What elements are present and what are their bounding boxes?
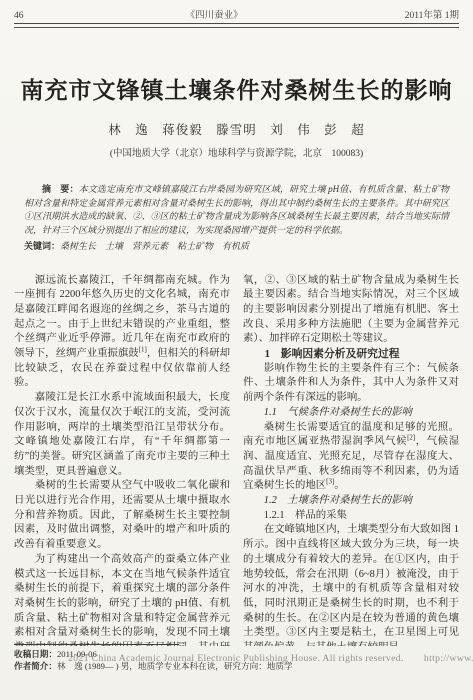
section-heading-1: 1 影响因素分析及研究过程 [243, 347, 459, 362]
paragraph: 氧，②、③区域的粘土矿物含量成为桑树生长最主要因素。结合当地实际情况，对三个区域… [243, 274, 459, 348]
abstract-label: 摘 要： [42, 184, 79, 194]
paragraph: 源远流长嘉陵江，千年绸都南充城。作为一座拥有 2200年悠久历史的文化名城，南充… [14, 274, 230, 392]
abstract-text: 本文选定南充市文峰镇嘉陵江右岸桑园为研究区域，研究土壤 pH值、有机质含量、粘土… [24, 184, 449, 235]
affiliation: (中国地质大学（北京）地球科学与资源学院，北京 100083) [14, 145, 459, 159]
paragraph: 影响作物生长的主要条件有三个：气候条件、土壤条件和人为条件，其中人为条件又对前两… [243, 362, 459, 406]
paragraph: 嘉陵江是长江水系中流域面积最大，长度仅次于汉水，流量仅次于岷江的支流，受河流作用… [14, 391, 230, 479]
journal-name: 《四川蚕业》 [24, 7, 405, 21]
paragraph: 为了构建出一个高效高产的蚕桑立体产业模式这一长远目标，本文在当地气候条件适宜桑树… [14, 553, 230, 646]
page-header: 46 《四川蚕业》 2011年第 1期 [14, 0, 459, 21]
keywords-text: 桑树生长 土壤 营养元素 粘土矿物 有机质 [60, 241, 249, 251]
article-title: 南充市文锋镇土壤条件对桑树生长的影响 [14, 72, 459, 105]
body-columns: 源远流长嘉陵江，千年绸都南充城。作为一座拥有 2200年悠久历史的文化名城，南充… [14, 274, 459, 646]
copyright-watermark: 2021 China Academic Journal Electronic P… [68, 650, 473, 664]
paragraph-text: 。 [334, 480, 344, 491]
column-right: 氧，②、③区域的粘土矿物含量成为桑树生长最主要因素。结合当地实际情况，对三个区域… [243, 274, 459, 646]
citation-ref: [1] [139, 346, 147, 354]
issue-label: 2011年第 1期 [405, 7, 459, 21]
column-left: 源远流长嘉陵江，千年绸都南充城。作为一座拥有 2200年悠久历史的文化名城，南充… [14, 274, 230, 646]
section-heading-1-1: 1.1 气候条件对桑树生长的影响 [243, 406, 459, 421]
paragraph: 桑树生长需要适宜的温度和足够的光照。南充市地区属亚热带湿润季风气候[2]，气候湿… [243, 421, 459, 495]
paragraph: 在文峰镇地区内，土壤类型分布大致如图 1所示。图中直线将区域大致分为三块，每一块… [243, 523, 459, 645]
header-divider [14, 23, 459, 28]
keywords-section: 关键词：桑树生长 土壤 营养元素 粘土矿物 有机质 [24, 240, 449, 254]
section-heading-1-2: 1.2 土壤条件对桑树生长的影响 [243, 494, 459, 509]
section-heading-1-2-1: 1.2.1 样品的采集 [243, 509, 459, 524]
keywords-label: 关键词： [24, 241, 60, 251]
journal-page: 46 《四川蚕业》 2011年第 1期 南充市文锋镇土壤条件对桑树生长的影响 林… [0, 0, 473, 700]
authors-line: 林 逸 蒋俊毅 滕雪明 刘 伟 彭 超 [14, 120, 459, 138]
paragraph-text: 源远流长嘉陵江，千年绸都南充城。作为一座拥有 2200年悠久历史的文化名城，南充… [14, 275, 230, 360]
paragraph: 桑树的生长需要从空气中吸收二氧化碳和日光以进行光合作用，还需要从土壤中摄取水分和… [14, 479, 230, 553]
page-number: 46 [14, 11, 24, 21]
author-bio-label: 作者简介： [14, 661, 57, 671]
abstract-section: 摘 要：本文选定南充市文峰镇嘉陵江右岸桑园为研究区域，研究土壤 pH值、有机质含… [24, 183, 449, 237]
footnote-divider [14, 644, 179, 645]
received-date-label: 收稿日期： [14, 649, 57, 659]
